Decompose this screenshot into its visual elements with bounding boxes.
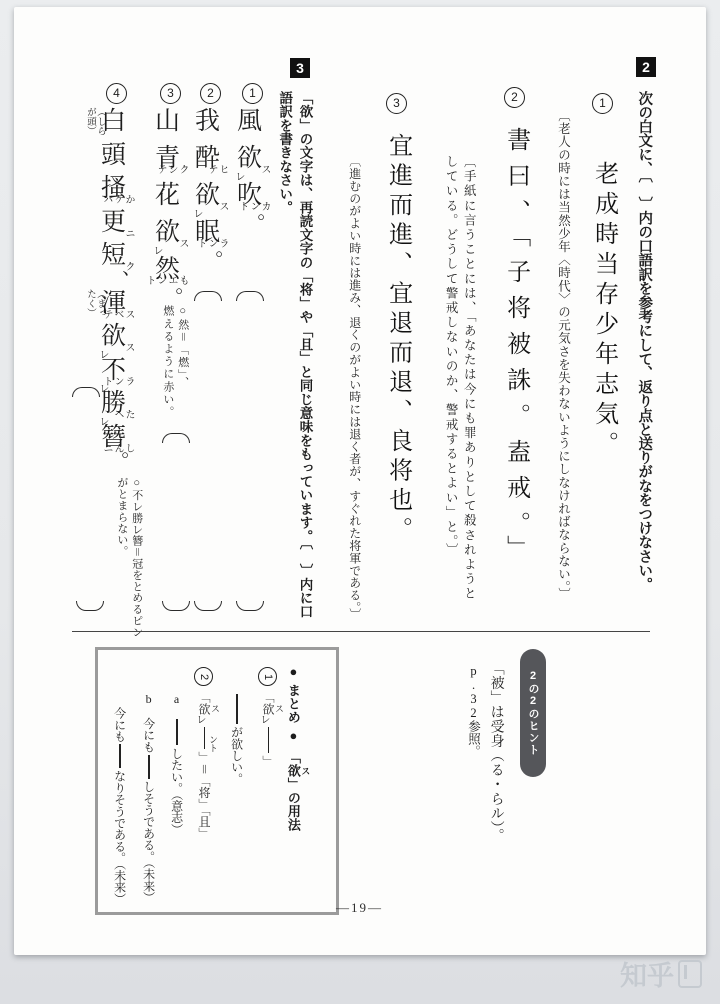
gloss-2-3: 〔進むのがよい時には進み、退くのがよい時には退く者が、すぐれた将軍である。〕 [346, 155, 363, 620]
summary-title: ● まとめ ● 「欲ス」の用法 [284, 664, 310, 832]
answer-bracket-close [76, 601, 104, 611]
kanbun-sentence-2-3: 宜進而進、宜退而退、良将也。 [380, 133, 414, 546]
answer-bracket-open [194, 291, 222, 301]
hint-badge: 2の2のヒント [520, 649, 546, 777]
answer-bracket-open [162, 433, 190, 443]
zhihu-watermark: 知乎 [620, 954, 702, 993]
item-number: 2 [504, 87, 525, 108]
item-number: 4 [106, 83, 127, 104]
summary-pattern-2c: 今にもなりそうである。（未来） [111, 707, 127, 905]
problem-3-prompt: 「欲」の文字は、再読文字の「将」や「且」と同じ意味をもっています。〔 〕内に口語… [274, 91, 315, 619]
kanbun-sentence-2-2: 書曰、「子将被誅。盍戒。」 [498, 127, 532, 571]
vocabulary-note-3-3: ○然＝「燃」、燃えるように赤い。 [160, 305, 190, 418]
summary-pattern-1-meaning: が欲しい。 [228, 692, 244, 785]
kanbun-sentence-3-4: 白（しらが頭）頭搔かケバ更ニ短ク、渾スベテ（まったく）欲スレ不ラントレ勝たヘレ簪… [96, 107, 126, 470]
answer-bracket-open [72, 387, 100, 397]
page-number: —19— [336, 900, 383, 916]
problem-3-number: 3 [296, 60, 304, 76]
answer-bracket-close [194, 601, 222, 611]
zhihu-watermark-text: 知乎 [620, 954, 674, 993]
item-number: 2 [200, 83, 221, 104]
item-number: 1 [592, 93, 613, 114]
answer-bracket-open [236, 291, 264, 301]
gloss-2-1: 〔老人の時には当然少年〈時代〉の元気さを失わないようにしなければならない。〕 [554, 109, 572, 601]
worksheet-page: 2 次の白文に、〔 〕内の口語訳を参考にして、返り点と送りがなをつけなさい。 1… [14, 7, 706, 955]
kanbun-sentence-3-1: 風欲スレ吹カント。 [232, 107, 262, 232]
problem-2-marker: 2 [636, 57, 656, 77]
problem-2-number: 2 [642, 59, 650, 75]
kanbun-sentence-3-2: 我酔ヒテ欲スレ眠ラント。 [190, 107, 220, 269]
kanbun-sentence-3-3: 山青クシテ花欲スレ然もエント。 [150, 107, 180, 306]
summary-pattern-2b: b 今にもしそうである。（未来） [140, 692, 156, 903]
summary-pattern-2: 2「欲スレント」＝「将」「且」 [194, 666, 220, 839]
summary-pattern-1: 1「欲スレ」 [258, 666, 284, 767]
answer-bracket-close [236, 601, 264, 611]
item-number: 3 [386, 93, 407, 114]
item-number: 1 [242, 83, 263, 104]
kanbun-sentence-2-1: 老成時当存少年志気。 [586, 161, 620, 461]
summary-pattern-2a: a したい。（意志） [168, 692, 184, 835]
zhihu-logo-icon [678, 960, 702, 988]
hint-page-reference: p.32参照。 [464, 664, 482, 758]
problem-2-prompt: 次の白文に、〔 〕内の口語訳を参考にして、返り点と送りがなをつけなさい。 [634, 91, 654, 591]
hint-badge-label: 2の2のヒント [525, 670, 541, 756]
screenshot-root: 2 次の白文に、〔 〕内の口語訳を参考にして、返り点と送りがなをつけなさい。 1… [0, 0, 720, 1004]
vocabulary-note-3-4: ○不レ勝レ簪＝冠をとめるピンがとまらない。 [114, 477, 144, 638]
problem-3-marker: 3 [290, 58, 310, 78]
hint-text: 「被」は受身（る・らル）。 [486, 661, 506, 843]
item-number: 3 [160, 83, 181, 104]
answer-bracket-close [162, 601, 190, 611]
summary-box: ● まとめ ● 「欲ス」の用法 1「欲スレ」 が欲しい。 2「欲スレント」＝「将… [95, 647, 339, 915]
section-divider [72, 631, 650, 632]
gloss-2-2: 〔手紙に言うことには、「あなたは今にも罪ありとして殺されようとしている。どうして… [442, 155, 478, 601]
